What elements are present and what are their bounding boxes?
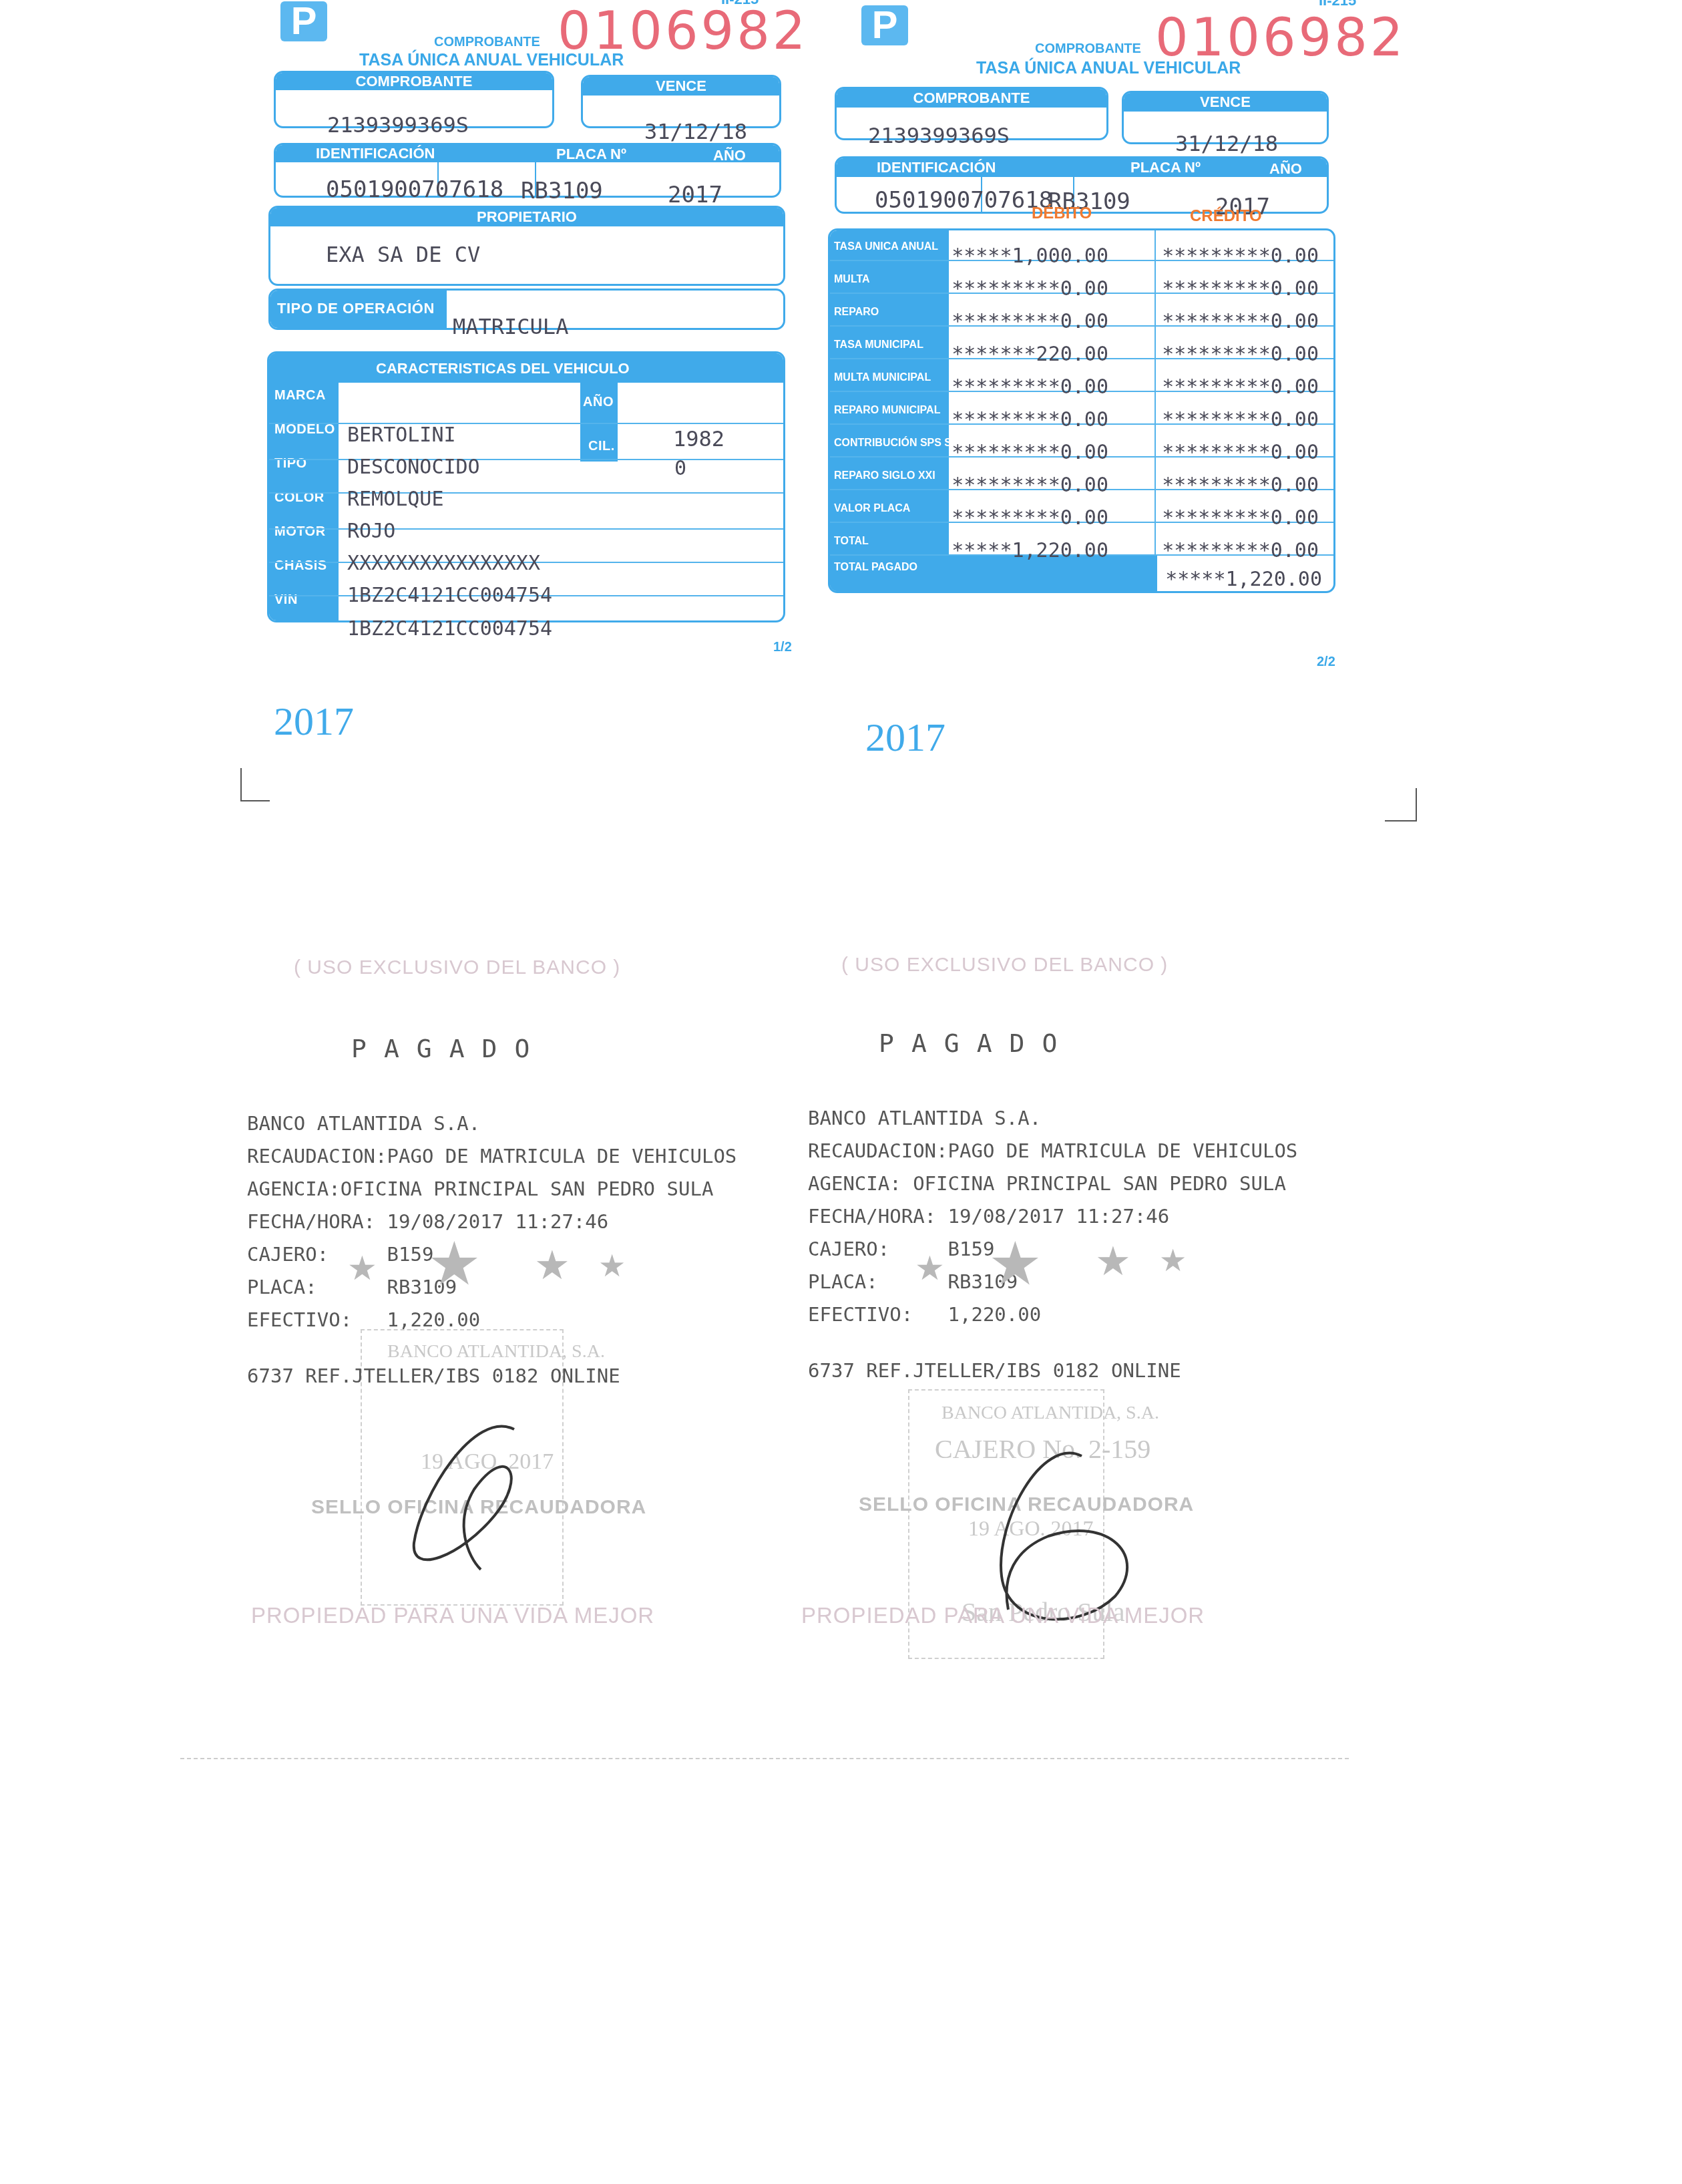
- tipo-operacion-value: MATRICULA: [453, 314, 568, 339]
- page-indicator-2: 2/2: [1317, 655, 1335, 670]
- serial-label: COMPROBANTE: [1035, 41, 1141, 57]
- total-pagado-label: TOTAL PAGADO: [834, 562, 917, 574]
- propietario-label: PROPIETARIO: [270, 208, 783, 226]
- paid-status: PAGADO: [351, 1034, 547, 1063]
- debit-amount: *********0.00: [948, 408, 1108, 431]
- ano-label: AÑO: [713, 146, 746, 165]
- field-value-tipo: DESCONOCIDO: [347, 456, 480, 479]
- ano-label: AÑO: [1269, 160, 1302, 178]
- star-watermark-icon: ★: [988, 1229, 1042, 1299]
- left-form: P II-215 COMPROBANTE 0106982 TASA ÚNICA …: [260, 0, 808, 668]
- placa-label: PLACA Nº: [1130, 158, 1201, 177]
- credit-amount: *********0.00: [1159, 506, 1319, 530]
- vence-value: 31/12/18: [1175, 131, 1278, 156]
- identificacion-value: 0501900707618: [875, 187, 1052, 214]
- form-title: TASA ÚNICA ANUAL VEHICULAR: [976, 59, 1241, 78]
- debito-label: DÉBITO: [1032, 204, 1092, 223]
- charge-label: VALOR PLACA: [834, 503, 910, 515]
- charge-label: MULTA: [834, 274, 870, 286]
- credito-label: CRÉDITO: [1190, 207, 1262, 226]
- bank-use-header: ( USO EXCLUSIVO DEL BANCO ): [294, 956, 620, 979]
- credit-amount: *********0.00: [1159, 441, 1319, 464]
- field-label-chasis: CHASIS: [274, 558, 327, 574]
- debit-amount: *********0.00: [948, 474, 1108, 497]
- field-label-modelo: MODELO: [274, 422, 335, 437]
- debit-amount: *********0.00: [948, 310, 1108, 333]
- star-watermark-icon: ★: [427, 1229, 481, 1299]
- bank-receipt-right: ( USO EXCLUSIVO DEL BANCO ) PAGADO BANCO…: [788, 935, 1335, 1670]
- credit-amount: *********0.00: [1159, 539, 1319, 562]
- propietario-value: EXA SA DE CV: [326, 242, 480, 267]
- field-value-motor: ROJO: [347, 520, 395, 543]
- field-value-chasis: XXXXXXXXXXXXXXXX: [347, 552, 540, 575]
- charge-label: REPARO SIGLO XXI: [834, 470, 935, 482]
- footer-slogan: PROPIEDAD PARA UNA VIDA MEJOR: [801, 1603, 1205, 1628]
- reference-line: 6737 REF.JTELLER/IBS 0182 ONLINE: [808, 1354, 1181, 1387]
- charge-label: TASA MUNICIPAL: [834, 339, 923, 351]
- charge-label: MULTA MUNICIPAL: [834, 372, 931, 384]
- caracteristicas-label: CARACTERISTICAS DEL VEHICULO: [376, 360, 630, 377]
- credit-amount: *********0.00: [1159, 408, 1319, 431]
- paid-status: PAGADO: [879, 1029, 1074, 1058]
- star-watermark-icon: ★: [534, 1242, 570, 1289]
- vence-value: 31/12/18: [644, 119, 747, 144]
- debit-amount: *********0.00: [948, 441, 1108, 464]
- credit-amount: *********0.00: [1159, 310, 1319, 333]
- receipt-lines: BANCO ATLANTIDA S.A. RECAUDACION:PAGO DE…: [247, 1107, 737, 1336]
- reference-line: 6737 REF.JTELLER/IBS 0182 ONLINE: [247, 1360, 620, 1393]
- comprobante-value: 2139399369S: [327, 112, 469, 138]
- credit-amount: *********0.00: [1159, 343, 1319, 366]
- crop-mark: [1416, 788, 1417, 822]
- field-value-modelo: BERTOLINI: [347, 423, 456, 447]
- field-label-marca: MARCA: [274, 388, 326, 403]
- field-value-color: REMOLQUE: [347, 488, 444, 511]
- charge-label: TOTAL: [834, 536, 869, 548]
- signature-icon: [394, 1416, 568, 1590]
- ip-logo-icon: P: [280, 1, 327, 41]
- total-pagado-value: *****1,220.00: [1162, 568, 1322, 591]
- vence-label: VENCE: [583, 77, 779, 96]
- crop-mark: [240, 768, 242, 801]
- vence-label: VENCE: [1124, 93, 1327, 112]
- cil-value: 0: [674, 457, 686, 480]
- footer-slogan: PROPIEDAD PARA UNA VIDA MEJOR: [251, 1603, 654, 1628]
- identificacion-label: IDENTIFICACIÓN: [316, 145, 435, 162]
- credit-amount: *********0.00: [1159, 375, 1319, 399]
- vin-extra-line: 1BZ2C4121CC004754: [347, 617, 552, 641]
- ip-logo-icon: P: [861, 5, 908, 45]
- serial-label: COMPROBANTE: [434, 35, 540, 50]
- debit-amount: *********0.00: [948, 506, 1108, 530]
- ano-value: 2017: [668, 182, 722, 208]
- ano-side-value: 1982: [673, 426, 724, 451]
- ano-side-label: AÑO: [583, 395, 614, 410]
- star-watermark-icon: ★: [598, 1248, 626, 1284]
- stamp-bank-name: BANCO ATLANTIDA, S.A.: [941, 1403, 1159, 1424]
- debit-amount: *********0.00: [948, 277, 1108, 301]
- field-value-vin: 1BZ2C4121CC004754: [347, 584, 552, 607]
- bank-receipt-left: ( USO EXCLUSIVO DEL BANCO ) PAGADO BANCO…: [227, 935, 775, 1670]
- form-title: TASA ÚNICA ANUAL VEHICULAR: [359, 51, 624, 70]
- year-print-right: 2017: [865, 715, 945, 761]
- comprobante-value: 2139399369S: [868, 123, 1010, 148]
- placa-value: RB3109: [521, 178, 603, 204]
- crop-mark: [240, 800, 270, 801]
- debit-amount: *********0.00: [948, 375, 1108, 399]
- debit-amount: *******220.00: [948, 343, 1108, 366]
- field-label-motor: MOTOR: [274, 524, 326, 540]
- right-form: P II-215 COMPROBANTE 0106982 TASA ÚNICA …: [821, 0, 1369, 668]
- crop-mark: [1385, 820, 1416, 822]
- star-watermark-icon: ★: [1159, 1242, 1187, 1278]
- receipt-lines: BANCO ATLANTIDA S.A. RECAUDACION:PAGO DE…: [808, 1102, 1297, 1331]
- debit-amount: *****1,220.00: [948, 539, 1108, 562]
- credit-amount: *********0.00: [1159, 277, 1319, 301]
- year-print-left: 2017: [274, 699, 354, 745]
- comprobante-label: COMPROBANTE: [837, 89, 1106, 108]
- cut-line: [180, 1758, 1349, 1760]
- page-indicator-1: 1/2: [773, 640, 792, 655]
- credit-amount: *********0.00: [1159, 244, 1319, 268]
- tipo-operacion-label: TIPO DE OPERACIÓN: [277, 300, 435, 317]
- charge-label: REPARO MUNICIPAL: [834, 405, 940, 417]
- credit-amount: *********0.00: [1159, 474, 1319, 497]
- identificacion-value: 0501900707618: [326, 176, 503, 203]
- caracteristicas-box: CARACTERISTICAS DEL VEHICULO MARCAMODELO…: [267, 351, 785, 622]
- charge-label: REPARO: [834, 307, 879, 319]
- comprobante-label: COMPROBANTE: [276, 73, 552, 90]
- bank-use-header: ( USO EXCLUSIVO DEL BANCO ): [841, 954, 1168, 976]
- identificacion-label: IDENTIFICACIÓN: [877, 158, 996, 177]
- placa-label: PLACA Nº: [556, 145, 626, 164]
- star-watermark-icon: ★: [1095, 1238, 1131, 1285]
- debit-amount: *****1,000.00: [948, 244, 1108, 268]
- star-watermark-icon: ★: [347, 1249, 377, 1288]
- cil-label: CIL.: [588, 439, 615, 454]
- charge-label: TASA UNICA ANUAL: [834, 241, 938, 253]
- star-watermark-icon: ★: [915, 1249, 945, 1288]
